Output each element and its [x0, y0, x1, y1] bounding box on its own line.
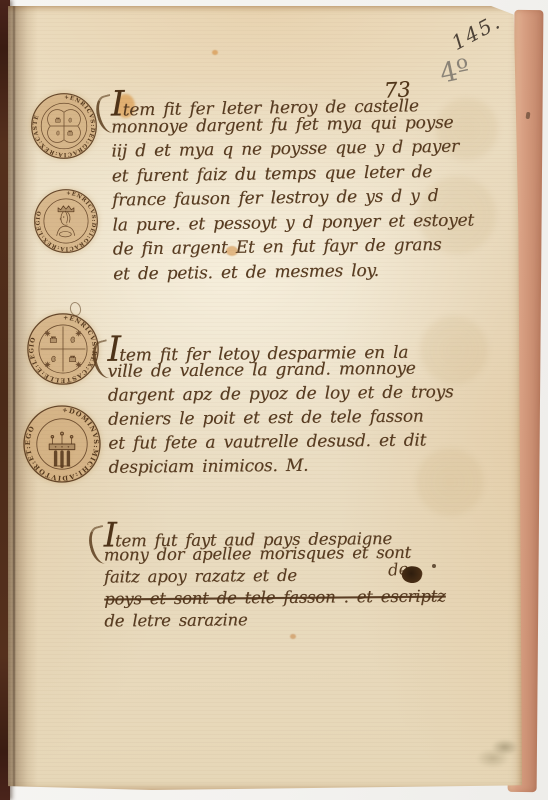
manuscript-line: poys et sont de tele fasson . et escript…	[104, 587, 446, 612]
lion-glyph	[69, 118, 72, 122]
manuscript-line: et de petis. et de mesmes loy.	[113, 259, 475, 289]
corner-page-number-ink: 145.	[447, 9, 505, 55]
lion-glyph	[52, 356, 56, 362]
manuscript-line: Item fut fayt aud pays despaigne	[104, 521, 446, 546]
manuscript-paragraph-2: Item fit fer letoy desparmie en laville …	[107, 334, 454, 482]
ink-speck	[432, 564, 436, 568]
manuscript-line: dargent apz de pyoz de loy et de troys	[108, 382, 454, 410]
manuscript-paragraph-1: Item fit fer leter heroy de castellemonn…	[111, 87, 475, 288]
manuscript-line: Item fit fer letoy desparmie en la	[107, 334, 453, 362]
coin-drawing-quartered-stars: +ENRICVS:REX:CASTELLE:E:LEGIO	[26, 312, 100, 386]
manuscript-line: de letre sarazine	[104, 609, 446, 634]
ink-folio-number: 73	[383, 77, 411, 102]
manuscript-line: deniers le poit et est de tele fasson	[108, 406, 454, 434]
castle-glyph	[50, 337, 56, 343]
ochre-spot	[212, 50, 218, 55]
gutter-crease-line	[13, 6, 15, 790]
coin-drawing-real-quatrefoil: +ENRICVS:DEI:GRACIA:REX:CASTE	[30, 92, 98, 160]
coin-drawing-crowned-bust: +ENRICVS:DEI:GRACIA:REX:LEGIO	[33, 188, 99, 254]
manuscript-page: +ENRICVS:DEI:GRACIA:REX:CASTE +ENRICVS:D…	[8, 6, 522, 790]
castle-glyph	[56, 118, 61, 122]
monogram-bars	[54, 452, 70, 466]
photograph-background: +ENRICVS:DEI:GRACIA:REX:CASTE +ENRICVS:D…	[0, 0, 548, 800]
eye-dot	[63, 216, 64, 217]
manuscript-line: ville de valence la grand. monnoye	[108, 358, 454, 386]
lion-glyph	[57, 131, 60, 135]
castle-glyph	[70, 356, 76, 362]
lion-glyph	[71, 337, 75, 343]
manuscript-line: et fut fete a vautrelle desusd. et dit	[108, 430, 454, 458]
corner-smudge-stain	[476, 736, 524, 768]
ochre-spot	[290, 634, 296, 639]
coin-drawing-crown-monogram: +DOMINVS:MICHI:ADIVTOR:ET:EGO	[22, 403, 102, 485]
manuscript-line: despiciam inimicos. M.	[109, 454, 455, 482]
pencil-quire-mark: 4º	[437, 53, 473, 90]
castle-glyph	[68, 131, 73, 135]
